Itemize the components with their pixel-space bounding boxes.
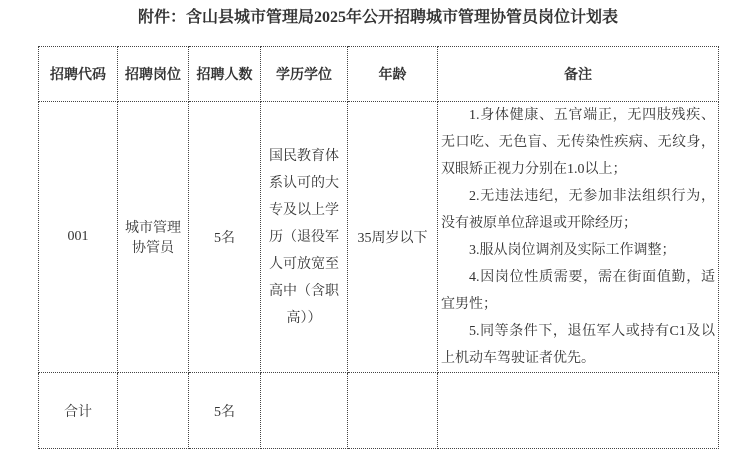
- cell-remarks: 1.身体健康、五官端正，无四肢残疾、无口吃、无色盲、无传染性疾病、无纹身，双眼矫…: [438, 102, 719, 373]
- remark-item-4: 4.因岗位性质需要，需在街面值勤，适宜男性；: [441, 264, 715, 318]
- document-page: 附件：含山县城市管理局2025年公开招聘城市管理协管员岗位计划表 招聘代码 招聘…: [38, 0, 718, 449]
- cell-recruit-code: 001: [39, 102, 118, 373]
- recruitment-plan-table: 招聘代码 招聘岗位 招聘人数 学历学位 年龄 备注 001 城市管理协管员 5名…: [38, 46, 719, 449]
- remark-item-1: 1.身体健康、五官端正，无四肢残疾、无口吃、无色盲、无传染性疾病、无纹身，双眼矫…: [441, 102, 715, 183]
- header-education: 学历学位: [261, 47, 348, 102]
- remark-item-2: 2.无违法违纪，无参加非法组织行为，没有被原单位辞退或开除经历；: [441, 183, 715, 237]
- cell-education: 国民教育体系认可的大专及以上学历（退役军人可放宽至高中（含职高））: [261, 102, 348, 373]
- cell-total-education: [261, 373, 348, 449]
- table-row-job-001: 001 城市管理协管员 5名 国民教育体系认可的大专及以上学历（退役军人可放宽至…: [39, 102, 719, 373]
- header-position: 招聘岗位: [118, 47, 189, 102]
- header-recruit-code: 招聘代码: [39, 47, 118, 102]
- table-row-total: 合计 5名: [39, 373, 719, 449]
- header-age: 年龄: [348, 47, 438, 102]
- header-headcount: 招聘人数: [189, 47, 261, 102]
- remark-item-3: 3.服从岗位调剂及实际工作调整；: [441, 237, 715, 264]
- cell-age: 35周岁以下: [348, 102, 438, 373]
- cell-total-remarks: [438, 373, 719, 449]
- cell-total-age: [348, 373, 438, 449]
- remark-item-5: 5.同等条件下，退伍军人或持有C1及以上机动车驾驶证者优先。: [441, 318, 715, 372]
- cell-headcount: 5名: [189, 102, 261, 373]
- cell-total-headcount: 5名: [189, 373, 261, 449]
- table-header-row: 招聘代码 招聘岗位 招聘人数 学历学位 年龄 备注: [39, 47, 719, 102]
- cell-position: 城市管理协管员: [118, 102, 189, 373]
- cell-total-label: 合计: [39, 373, 118, 449]
- cell-total-position: [118, 373, 189, 449]
- page-title: 附件：含山县城市管理局2025年公开招聘城市管理协管员岗位计划表: [38, 0, 718, 28]
- header-remarks: 备注: [438, 47, 719, 102]
